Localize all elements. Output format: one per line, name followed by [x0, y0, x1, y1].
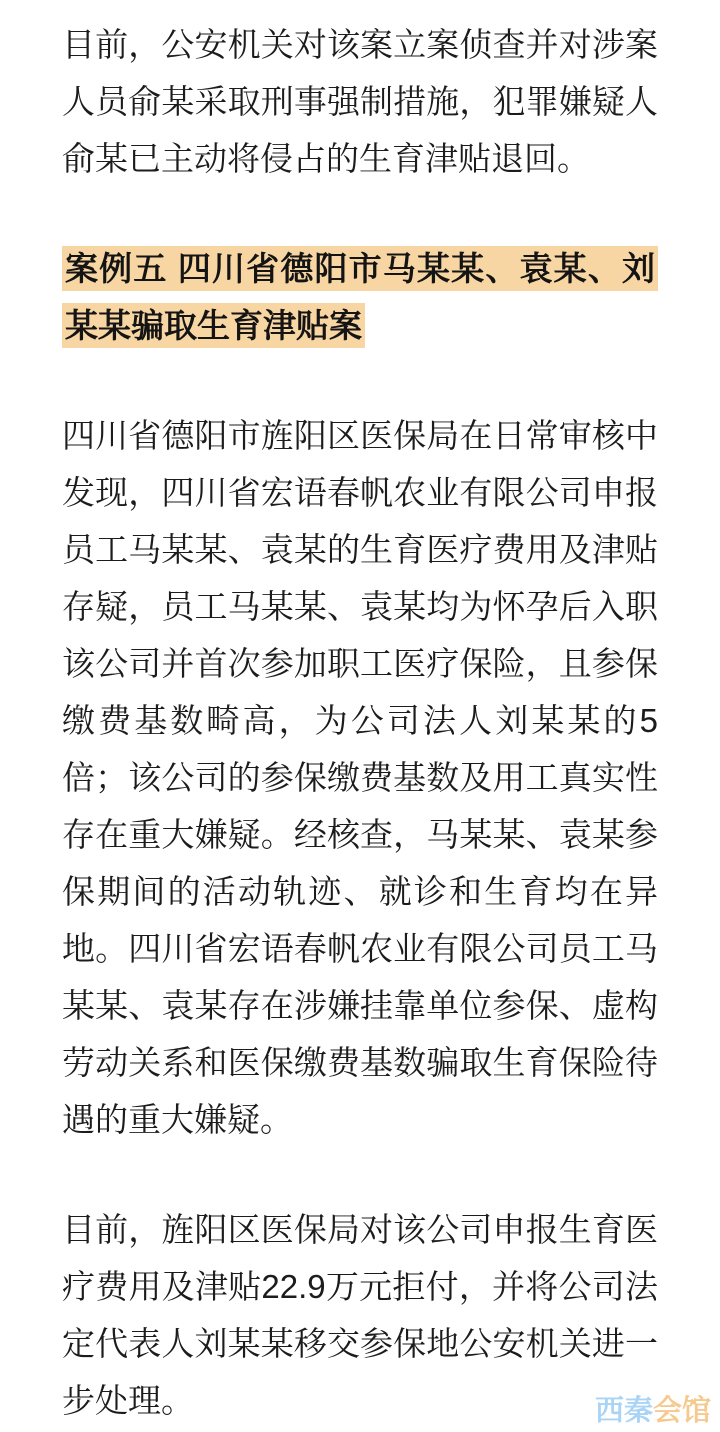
case-heading-highlight: 案例五 四川省德阳市马某某、袁某、刘某某骗取生育津贴案	[62, 246, 658, 348]
watermark-text-blue: 西秦	[595, 1395, 653, 1427]
paragraph-case4-outcome: 目前，公安机关对该案立案侦查并对涉案人员俞某采取刑事强制措施，犯罪嫌疑人俞某已主…	[62, 16, 658, 187]
watermark-text-orange: 会馆	[653, 1395, 711, 1427]
paragraph-case5-outcome: 目前，旌阳区医保局对该公司申报生育医疗费用及津贴22.9万元拒付，并将公司法定代…	[62, 1201, 658, 1429]
article-page: 目前，公安机关对该案立案侦查并对涉案人员俞某采取刑事强制措施，犯罪嫌疑人俞某已主…	[0, 0, 720, 1432]
article-body: 目前，公安机关对该案立案侦查并对涉案人员俞某采取刑事强制措施，犯罪嫌疑人俞某已主…	[0, 0, 720, 1429]
paragraph-case5-details: 四川省德阳市旌阳区医保局在日常审核中发现，四川省宏语春帆农业有限公司申报员工马某…	[62, 407, 658, 1148]
watermark-logo: 西秦会馆	[595, 1397, 711, 1426]
case-heading: 案例五 四川省德阳市马某某、袁某、刘某某骗取生育津贴案	[62, 240, 658, 354]
